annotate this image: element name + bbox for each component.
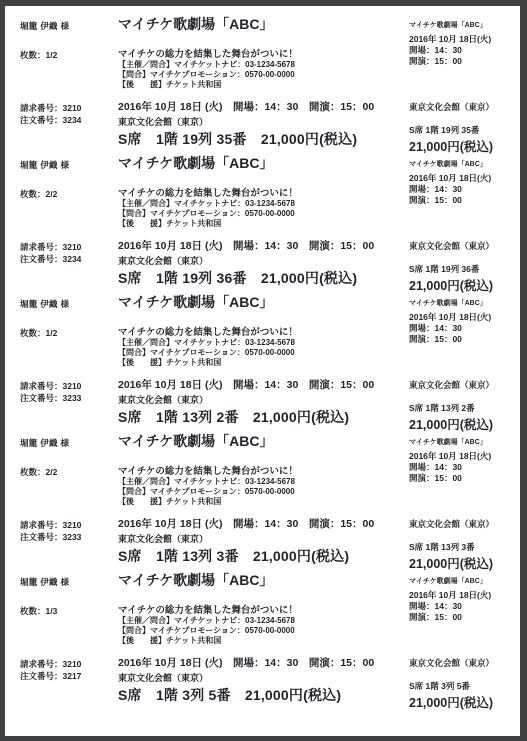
stub-open-time: 開場：14：30	[409, 323, 517, 334]
stub-event-title: マイチケ歌劇場「ABC」	[409, 20, 517, 30]
event-venue: 東京文化会館（東京）	[118, 532, 408, 545]
stub-venue: 東京文化会館（東京）	[409, 657, 517, 669]
event-support-line: 【後 援】チケット共和国	[118, 358, 408, 368]
invoice-number: 請求番号：3210	[20, 380, 115, 392]
ticket-stub-section: マイチケ歌劇場「ABC」 2016年 10月 18日(火) 開場：14：30 開…	[409, 576, 517, 711]
ticket-list: 堀籠 伊織 様 枚数：1/2 請求番号：3210 注文番号：3234 マイチケ歌…	[5, 14, 520, 709]
ticket-holder-section: 堀籠 伊織 様 枚数：1/2	[20, 20, 115, 61]
stub-open-time: 開場：14：30	[409, 462, 517, 473]
holder-name: 堀籠 伊織 様	[20, 159, 115, 171]
invoice-number: 請求番号：3210	[20, 658, 115, 670]
holder-name: 堀籠 伊織 様	[20, 298, 115, 310]
stub-venue: 東京文化会館（東京）	[409, 101, 517, 113]
event-tagline: マイチケの総力を結集した舞台がついに！	[118, 46, 408, 60]
ticket-holder-section: 堀籠 伊織 様 枚数：1/2	[20, 298, 115, 339]
event-support-line: 【後 援】チケット共和国	[118, 636, 408, 646]
stub-start-time: 開演：15：00	[409, 473, 517, 484]
invoice-number: 請求番号：3210	[20, 241, 115, 253]
ticket-document-page: 堀籠 伊織 様 枚数：1/2 請求番号：3210 注文番号：3234 マイチケ歌…	[5, 6, 520, 736]
event-tagline: マイチケの総力を結集した舞台がついに！	[118, 602, 408, 616]
event-title: マイチケ歌劇場「ABC」	[118, 570, 408, 590]
stub-seat: S席 1階 13列 2番	[409, 402, 517, 414]
event-detail-section: マイチケ歌劇場「ABC」 マイチケの総力を結集した舞台がついに！ 【主催／問合】…	[118, 570, 408, 705]
ticket-block: 堀籠 伊織 様 枚数：1/3 請求番号：3210 注文番号：3217 マイチケ歌…	[5, 570, 520, 709]
holder-name: 堀籠 伊織 様	[20, 437, 115, 449]
stub-event-title: マイチケ歌劇場「ABC」	[409, 298, 517, 308]
order-number: 注文番号：3233	[20, 392, 115, 404]
order-number: 注文番号：3217	[20, 670, 115, 682]
event-organizer-line: 【主催／問合】マイチケットナビ：03-1234-5678	[118, 199, 408, 209]
ticket-count: 枚数：2/2	[20, 188, 115, 200]
event-detail-section: マイチケ歌劇場「ABC」 マイチケの総力を結集した舞台がついに！ 【主催／問合】…	[118, 14, 408, 149]
stub-event-title: マイチケ歌劇場「ABC」	[409, 437, 517, 447]
event-title: マイチケ歌劇場「ABC」	[118, 14, 408, 34]
event-contact-line: 【問合】マイチケプロモーション：0570-00-0000	[118, 626, 408, 636]
event-detail-section: マイチケ歌劇場「ABC」 マイチケの総力を結集した舞台がついに！ 【主催／問合】…	[118, 431, 408, 566]
order-numbers-section: 請求番号：3210 注文番号：3234	[20, 241, 115, 265]
ticket-count: 枚数：1/2	[20, 327, 115, 339]
ticket-block: 堀籠 伊織 様 枚数：2/2 請求番号：3210 注文番号：3234 マイチケ歌…	[5, 153, 520, 292]
stub-venue: 東京文化会館（東京）	[409, 240, 517, 252]
stub-venue: 東京文化会館（東京）	[409, 379, 517, 391]
ticket-holder-section: 堀籠 伊織 様 枚数：2/2	[20, 437, 115, 478]
order-numbers-section: 請求番号：3210 注文番号：3233	[20, 380, 115, 404]
seat-and-price: S席 1階 13列 3番 21,000円(税込)	[118, 546, 408, 566]
stub-price: 21,000円(税込)	[409, 693, 517, 711]
event-title: マイチケ歌劇場「ABC」	[118, 431, 408, 451]
stub-open-time: 開場：14：30	[409, 601, 517, 612]
order-numbers-section: 請求番号：3210 注文番号：3217	[20, 658, 115, 682]
event-contact-line: 【問合】マイチケプロモーション：0570-00-0000	[118, 487, 408, 497]
event-detail-section: マイチケ歌劇場「ABC」 マイチケの総力を結集した舞台がついに！ 【主催／問合】…	[118, 292, 408, 427]
event-date-line: 2016年 10月 18日 (火) 開場：14：30 開演：15：00	[118, 516, 408, 531]
ticket-stub-section: マイチケ歌劇場「ABC」 2016年 10月 18日(火) 開場：14：30 開…	[409, 298, 517, 433]
event-venue: 東京文化会館（東京）	[118, 115, 408, 128]
event-contact-line: 【問合】マイチケプロモーション：0570-00-0000	[118, 209, 408, 219]
event-tagline: マイチケの総力を結集した舞台がついに！	[118, 324, 408, 338]
holder-name: 堀籠 伊織 様	[20, 20, 115, 32]
event-title: マイチケ歌劇場「ABC」	[118, 292, 408, 312]
seat-and-price: S席 1階 19列 35番 21,000円(税込)	[118, 129, 408, 149]
stub-event-title: マイチケ歌劇場「ABC」	[409, 576, 517, 586]
ticket-block: 堀籠 伊織 様 枚数：1/2 請求番号：3210 注文番号：3234 マイチケ歌…	[5, 14, 520, 153]
ticket-block: 堀籠 伊織 様 枚数：2/2 請求番号：3210 注文番号：3233 マイチケ歌…	[5, 431, 520, 570]
seat-and-price: S席 1階 3列 5番 21,000円(税込)	[118, 685, 408, 705]
event-organizer-line: 【主催／問合】マイチケットナビ：03-1234-5678	[118, 338, 408, 348]
event-organizer-line: 【主催／問合】マイチケットナビ：03-1234-5678	[118, 616, 408, 626]
event-organizer-line: 【主催／問合】マイチケットナビ：03-1234-5678	[118, 477, 408, 487]
event-date-line: 2016年 10月 18日 (火) 開場：14：30 開演：15：00	[118, 377, 408, 392]
event-support-line: 【後 援】チケット共和国	[118, 80, 408, 90]
event-support-line: 【後 援】チケット共和国	[118, 219, 408, 229]
ticket-count: 枚数：2/2	[20, 466, 115, 478]
stub-open-time: 開場：14：30	[409, 184, 517, 195]
order-number: 注文番号：3234	[20, 253, 115, 265]
invoice-number: 請求番号：3210	[20, 519, 115, 531]
ticket-block: 堀籠 伊織 様 枚数：1/2 請求番号：3210 注文番号：3233 マイチケ歌…	[5, 292, 520, 431]
stub-seat: S席 1階 3列 5番	[409, 680, 517, 692]
ticket-stub-section: マイチケ歌劇場「ABC」 2016年 10月 18日(火) 開場：14：30 開…	[409, 159, 517, 294]
ticket-count: 枚数：1/3	[20, 605, 115, 617]
event-date-line: 2016年 10月 18日 (火) 開場：14：30 開演：15：00	[118, 238, 408, 253]
ticket-stub-section: マイチケ歌劇場「ABC」 2016年 10月 18日(火) 開場：14：30 開…	[409, 20, 517, 155]
holder-name: 堀籠 伊織 様	[20, 576, 115, 588]
ticket-holder-section: 堀籠 伊織 様 枚数：2/2	[20, 159, 115, 200]
ticket-stub-section: マイチケ歌劇場「ABC」 2016年 10月 18日(火) 開場：14：30 開…	[409, 437, 517, 572]
event-organizer-line: 【主催／問合】マイチケットナビ：03-1234-5678	[118, 60, 408, 70]
ticket-holder-section: 堀籠 伊織 様 枚数：1/3	[20, 576, 115, 617]
stub-seat: S席 1階 19列 36番	[409, 263, 517, 275]
event-tagline: マイチケの総力を結集した舞台がついに！	[118, 185, 408, 199]
stub-start-time: 開演：15：00	[409, 195, 517, 206]
order-number: 注文番号：3234	[20, 114, 115, 126]
order-numbers-section: 請求番号：3210 注文番号：3234	[20, 102, 115, 126]
event-contact-line: 【問合】マイチケプロモーション：0570-00-0000	[118, 348, 408, 358]
event-venue: 東京文化会館（東京）	[118, 254, 408, 267]
event-venue: 東京文化会館（東京）	[118, 393, 408, 406]
stub-date: 2016年 10月 18日(火)	[409, 172, 517, 184]
event-contact-line: 【問合】マイチケプロモーション：0570-00-0000	[118, 70, 408, 80]
event-venue: 東京文化会館（東京）	[118, 671, 408, 684]
stub-date: 2016年 10月 18日(火)	[409, 33, 517, 45]
event-tagline: マイチケの総力を結集した舞台がついに！	[118, 463, 408, 477]
stub-start-time: 開演：15：00	[409, 612, 517, 623]
stub-date: 2016年 10月 18日(火)	[409, 589, 517, 601]
stub-open-time: 開場：14：30	[409, 45, 517, 56]
event-detail-section: マイチケ歌劇場「ABC」 マイチケの総力を結集した舞台がついに！ 【主催／問合】…	[118, 153, 408, 288]
stub-start-time: 開演：15：00	[409, 56, 517, 67]
order-numbers-section: 請求番号：3210 注文番号：3233	[20, 519, 115, 543]
seat-and-price: S席 1階 13列 2番 21,000円(税込)	[118, 407, 408, 427]
stub-start-time: 開演：15：00	[409, 334, 517, 345]
ticket-count: 枚数：1/2	[20, 49, 115, 61]
stub-seat: S席 1階 19列 35番	[409, 124, 517, 136]
event-date-line: 2016年 10月 18日 (火) 開場：14：30 開演：15：00	[118, 655, 408, 670]
stub-event-title: マイチケ歌劇場「ABC」	[409, 159, 517, 169]
event-support-line: 【後 援】チケット共和国	[118, 497, 408, 507]
stub-date: 2016年 10月 18日(火)	[409, 450, 517, 462]
event-date-line: 2016年 10月 18日 (火) 開場：14：30 開演：15：00	[118, 99, 408, 114]
order-number: 注文番号：3233	[20, 531, 115, 543]
stub-seat: S席 1階 13列 3番	[409, 541, 517, 553]
stub-date: 2016年 10月 18日(火)	[409, 311, 517, 323]
event-title: マイチケ歌劇場「ABC」	[118, 153, 408, 173]
invoice-number: 請求番号：3210	[20, 102, 115, 114]
seat-and-price: S席 1階 19列 36番 21,000円(税込)	[118, 268, 408, 288]
stub-venue: 東京文化会館（東京）	[409, 518, 517, 530]
